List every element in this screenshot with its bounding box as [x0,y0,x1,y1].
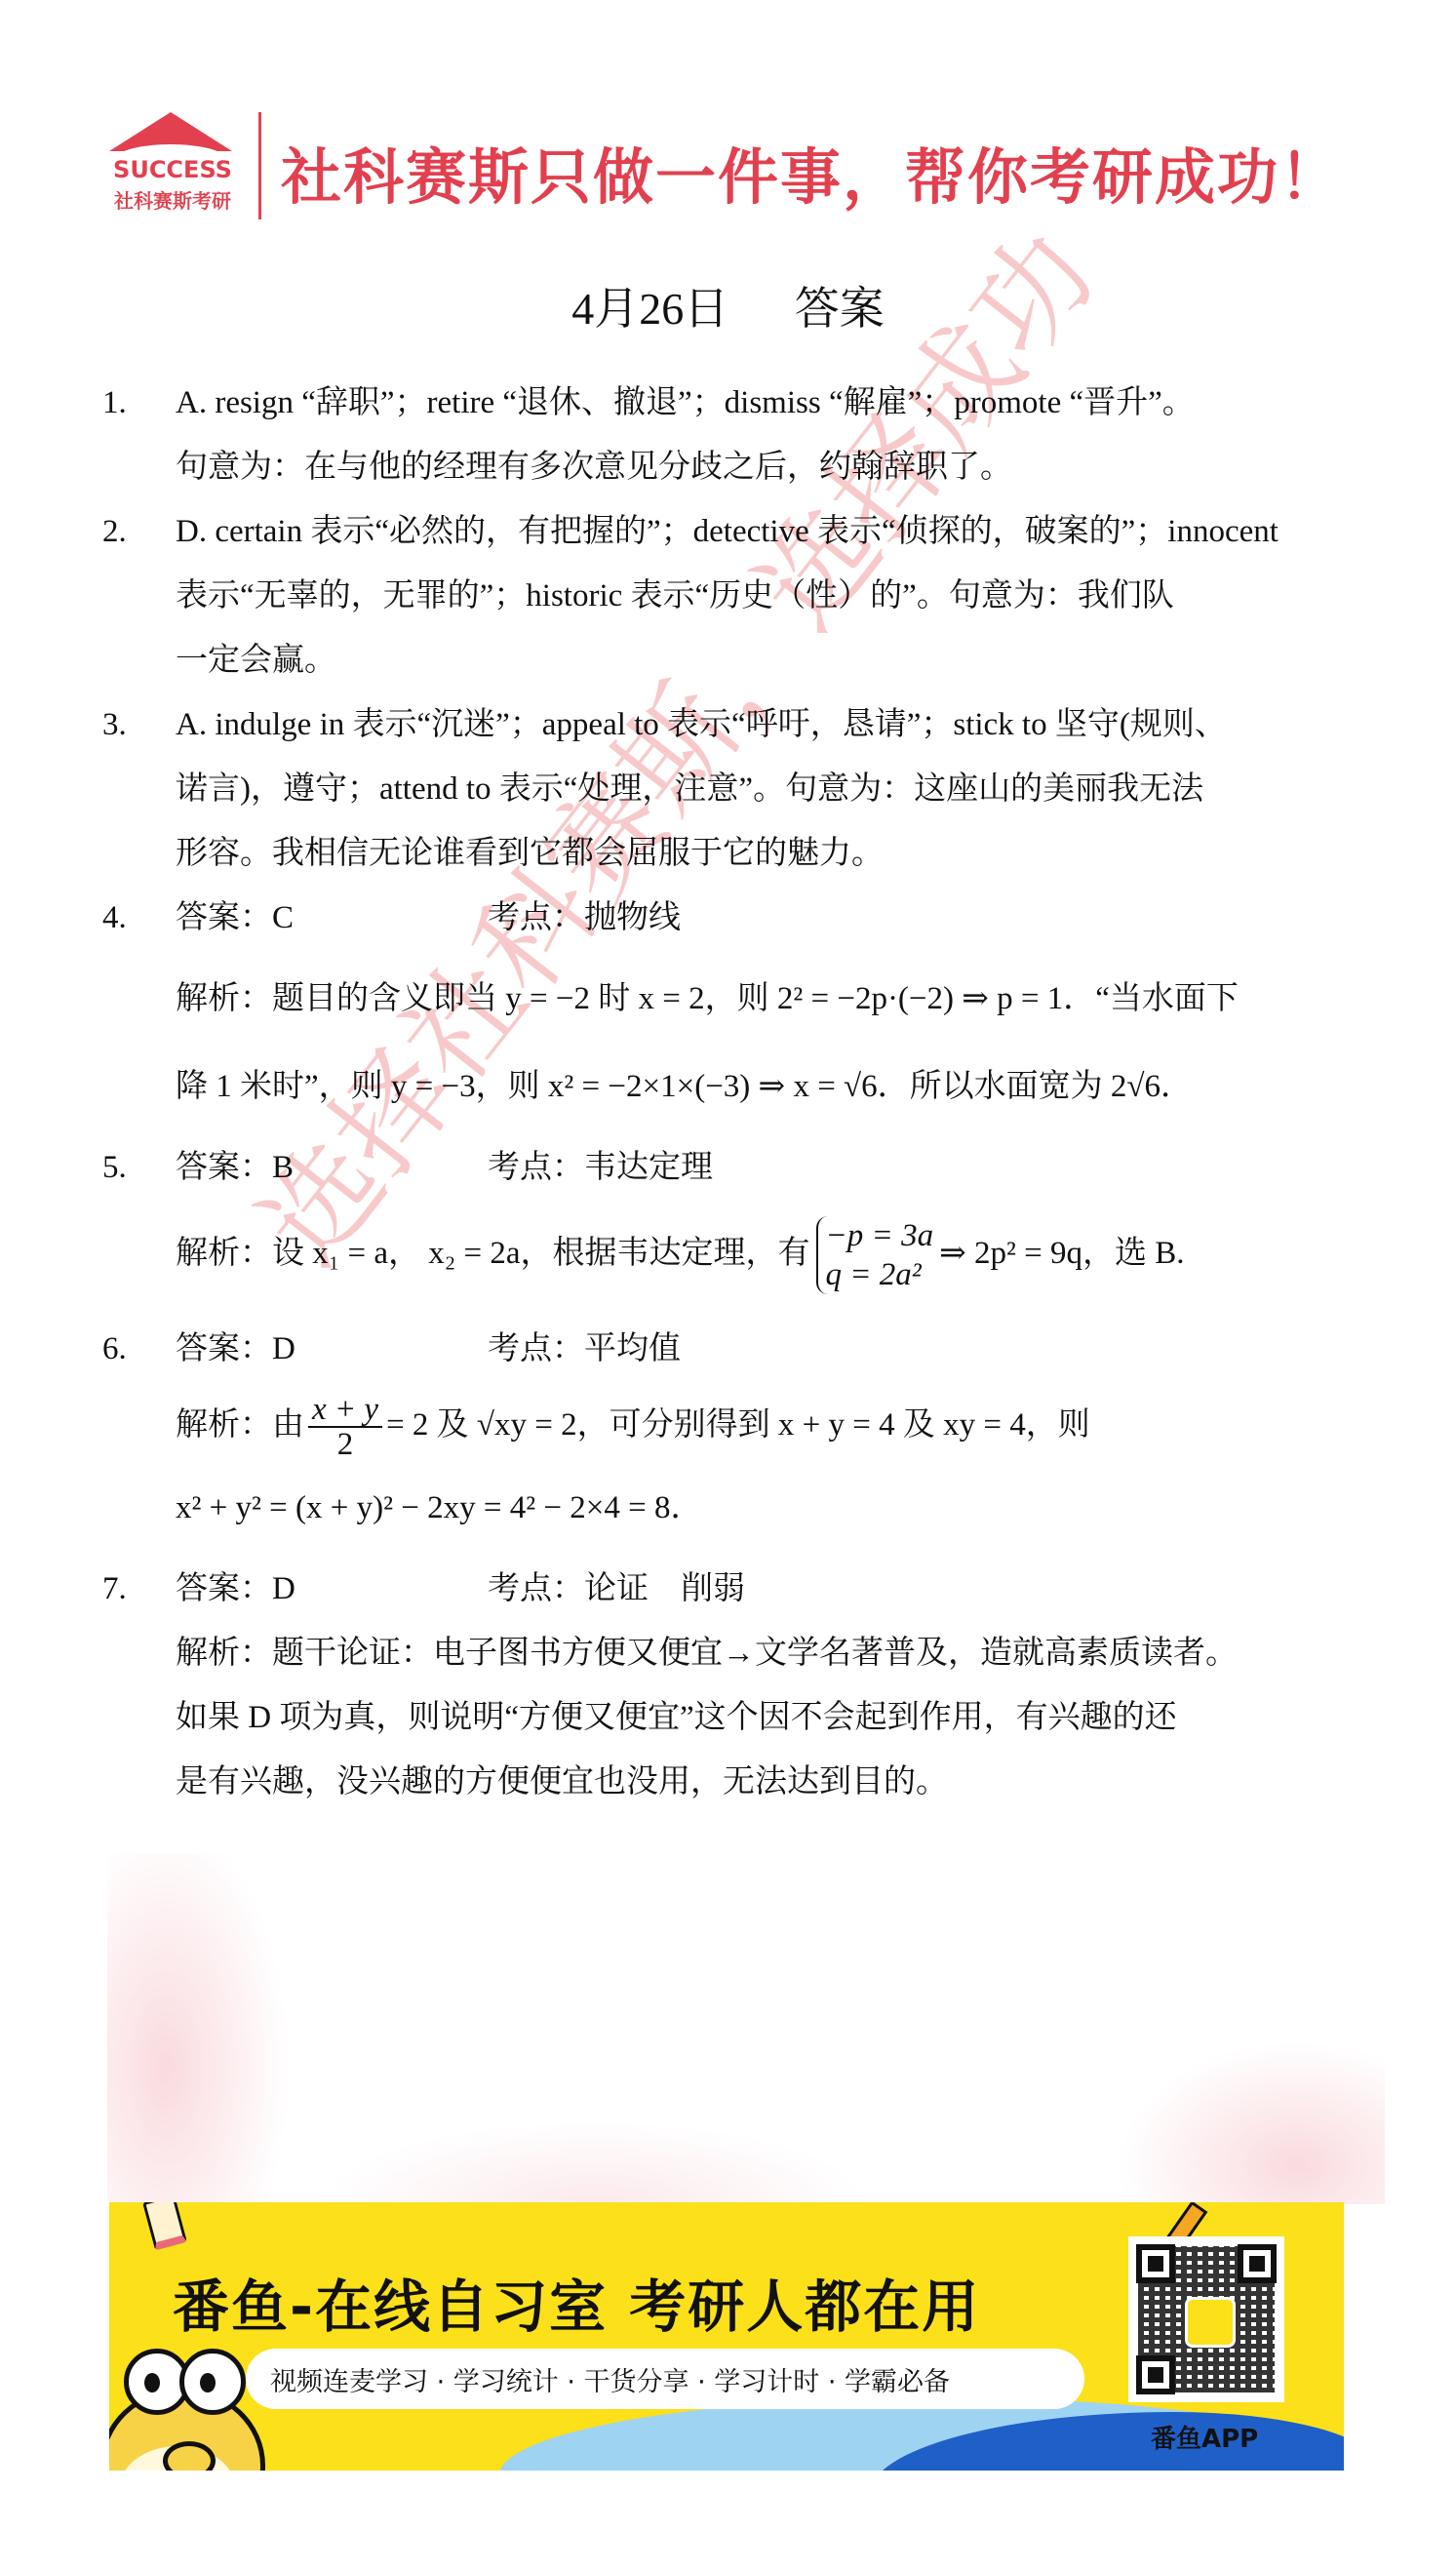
answer-choice: 答案：D [176,1557,488,1621]
item-number: 3. [102,692,127,757]
item-number: 7. [102,1557,127,1621]
answer-row: 答案：B 考点：韦达定理 [176,1135,1380,1200]
answer-item-1: 1. A. resign “辞职”；retire “退休、撤退”；dismiss… [102,371,1380,499]
text-line: 诺言)，遵守；attend to 表示“处理，注意”。句意为：这座山的美丽我无法 [176,757,1380,821]
text-line: 形容。我相信无论谁看到它都会屈服于它的魅力。 [176,821,1380,886]
page-title: 4月26日 答案 [0,273,1456,337]
analysis-text: ⇒ 2p² = 9q，选 B. [939,1236,1184,1271]
analysis-line: 降 1 米时”，则 y = −3，则 x² = −2×1×(−3) ⇒ x = … [176,1048,1380,1126]
qr-code[interactable] [1128,2236,1284,2402]
exam-point: 考点：抛物线 [488,886,681,950]
qr-finder [1136,2355,1175,2394]
equation-bottom: q = 2a² [826,1255,934,1294]
app-logo-icon [1185,2297,1236,2348]
logo-en-text: SUCCESS [99,156,246,183]
fraction-numerator: x + y [308,1393,382,1428]
analysis-line: x² + y² = (x + y)² − 2xy = 4² − 2×4 = 8． [102,1469,1380,1547]
item-number: 4. [102,886,127,950]
analysis-text: = 2 及 √xy = 2，可分别得到 x + y = 4 及 xy = 4，则 [386,1407,1090,1443]
analysis-line: 解析：设 x₁ = a， x₂ = 2a，根据韦达定理，有−p = 3aq = … [176,1200,1380,1307]
success-logo: SUCCESS 社科赛斯考研 [98,107,244,219]
header-divider [258,112,261,219]
item-number: 1. [102,371,127,435]
answer-item-4: 4. 答案：C 考点：抛物线 解析：题目的含义即当 y = −2 时 x = 2… [102,886,1380,1126]
analysis-line: 是有兴趣，没兴趣的方便便宜也没用，无法达到目的。 [176,1750,1380,1814]
logo-cn-text: 社科赛斯考研 [99,185,246,214]
decorative-background [107,1853,1385,2204]
answer-item-7: 7. 答案：D 考点：论证 削弱 解析：题干论证：电子图书方便又便宜→文学名著普… [102,1557,1380,1814]
answer-row: 答案：C 考点：抛物线 [176,886,1380,950]
text-line: 句意为：在与他的经理有多次意见分歧之后，约翰辞职了。 [176,435,1380,499]
analysis-line: 解析：题目的含义即当 y = −2 时 x = 2，则 2² = −2p·(−2… [176,950,1380,1048]
eraser-icon [142,2202,187,2251]
qr-finder [1136,2244,1175,2283]
banner-features: 视频连麦学习 · 学习统计 · 干货分享 · 学习计时 · 学霸必备 [270,2360,950,2398]
item-number: 6. [102,1317,127,1381]
qr-label: 番鱼APP [1151,2419,1258,2455]
page-header: SUCCESS 社科赛斯考研 社科赛斯只做一件事，帮你考研成功！ [98,107,1385,224]
fraction: x + y2 [308,1393,382,1461]
analysis-text: 解析：由 [176,1407,304,1443]
title-label: 答案 [795,284,885,334]
fraction-denominator: 2 [308,1428,382,1461]
item-number: 5. [102,1135,127,1200]
analysis-line: 解析：由x + y2= 2 及 √xy = 2，可分别得到 x + y = 4 … [176,1381,1380,1469]
answer-item-3: 3. A. indulge in 表示“沉迷”；appeal to 表示“呼吁，… [102,692,1380,886]
answer-item-6: 6. 答案：D 考点：平均值 解析：由x + y2= 2 及 √xy = 2，可… [102,1317,1380,1547]
pufferfish-mascot-icon [109,2349,265,2471]
analysis-line: 如果 D 项为真，则说明“方便又便宜”这个因不会起到作用，有兴趣的还 [176,1685,1380,1750]
answers-list: 1. A. resign “辞职”；retire “退休、撤退”；dismiss… [102,371,1380,1814]
exam-point: 考点：韦达定理 [488,1135,713,1200]
answer-choice: 答案：B [176,1135,488,1200]
answer-item-2: 2. D. certain 表示“必然的，有把握的”；detective 表示“… [102,499,1380,692]
slogan: 社科赛斯只做一件事，帮你考研成功！ [281,129,1342,216]
banner-title: 番鱼-在线自习室 考研人都在用 [173,2261,980,2343]
text-line: A. indulge in 表示“沉迷”；appeal to 表示“呼吁，恳请”… [176,692,1380,757]
equation-system: −p = 3aq = 2a² [816,1216,934,1294]
text-line: D. certain 表示“必然的，有把握的”；detective 表示“侦探的… [176,499,1380,564]
answer-row: 答案：D 考点：平均值 [176,1317,1380,1381]
answer-choice: 答案：D [176,1317,488,1381]
equation-top: −p = 3a [826,1216,934,1255]
fish-eye [179,2349,246,2415]
item-number: 2. [102,499,127,564]
answer-row: 答案：D 考点：论证 削弱 [176,1557,1380,1621]
qr-finder [1238,2244,1277,2283]
answer-choice: 答案：C [176,886,488,950]
exam-point: 考点：平均值 [488,1317,681,1381]
text-line: A. resign “辞职”；retire “退休、撤退”；dismiss “解… [176,371,1380,435]
answer-item-5: 5. 答案：B 考点：韦达定理 解析：设 x₁ = a， x₂ = 2a，根据韦… [102,1135,1380,1307]
analysis-line: 解析：题干论证：电子图书方便又便宜→文学名著普及，造就高素质读者。 [176,1621,1380,1685]
text-line: 表示“无辜的，无罪的”；historic 表示“历史（性）的”。句意为：我们队 [176,564,1380,628]
app-banner[interactable]: 番鱼-在线自习室 考研人都在用 视频连麦学习 · 学习统计 · 干货分享 · 学… [109,2202,1344,2471]
analysis-text: 解析：设 x₁ = a， x₂ = 2a，根据韦达定理，有 [176,1236,810,1271]
text-line: 一定会赢。 [176,628,1380,692]
title-date: 4月26日 [571,284,728,334]
exam-point: 考点：论证 削弱 [488,1557,745,1621]
